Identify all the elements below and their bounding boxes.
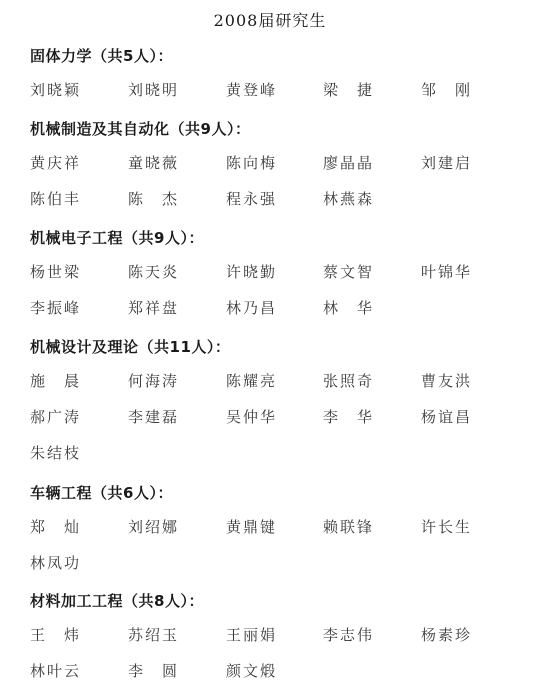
name-row: 郝广涛李建磊吴仲华李 华杨谊昌: [30, 407, 530, 443]
student-name: 林 华: [323, 298, 374, 318]
student-name: 苏绍玉: [128, 625, 179, 645]
name-list: 杨世梁陈天炎许晓勤蔡文智叶锦华李振峰郑祥盘林乃昌林 华: [30, 262, 530, 334]
student-name: 黄登峰: [226, 80, 277, 100]
section-heading: 材料加工工程（共8人）：: [30, 590, 530, 612]
name-row: 郑 灿刘绍娜黄鼎键赖联锋许长生: [30, 517, 530, 553]
student-name: 刘绍娜: [128, 517, 179, 537]
student-name: 许长生: [421, 517, 472, 537]
name-row: 施 晨何海涛陈耀亮张照奇曹友洪: [30, 371, 530, 407]
name-list: 黄庆祥童晓薇陈向梅廖晶晶刘建启陈伯丰陈 杰程永强林燕森: [30, 153, 530, 225]
section: 车辆工程（共6人）：郑 灿刘绍娜黄鼎键赖联锋许长生林凤功: [30, 482, 530, 589]
student-name: 林叶云: [30, 661, 81, 681]
section: 机械制造及其自动化（共9人）：黄庆祥童晓薇陈向梅廖晶晶刘建启陈伯丰陈 杰程永强林…: [30, 118, 530, 225]
student-name: 李 圆: [128, 661, 179, 681]
student-name: 陈耀亮: [226, 371, 277, 391]
student-name: 李志伟: [323, 625, 374, 645]
student-name: 施 晨: [30, 371, 81, 391]
student-name: 颜文煅: [226, 661, 277, 681]
student-name: 郑 灿: [30, 517, 81, 537]
student-name: 张照奇: [323, 371, 374, 391]
student-name: 黄鼎键: [226, 517, 277, 537]
student-name: 王 炜: [30, 625, 81, 645]
section-heading: 车辆工程（共6人）：: [30, 482, 530, 504]
name-list: 刘晓颖刘晓明黄登峰梁 捷邹 刚: [30, 80, 530, 116]
name-row: 李振峰郑祥盘林乃昌林 华: [30, 298, 530, 334]
student-name: 黄庆祥: [30, 153, 81, 173]
name-row: 林叶云李 圆颜文煅: [30, 661, 530, 694]
student-name: 叶锦华: [421, 262, 472, 282]
page-title: 2008届研究生: [0, 8, 540, 31]
name-row: 杨世梁陈天炎许晓勤蔡文智叶锦华: [30, 262, 530, 298]
name-row: 黄庆祥童晓薇陈向梅廖晶晶刘建启: [30, 153, 530, 189]
student-name: 朱结枝: [30, 443, 81, 463]
student-name: 林燕森: [323, 189, 374, 209]
student-name: 刘建启: [421, 153, 472, 173]
student-name: 陈伯丰: [30, 189, 81, 209]
name-row: 林凤功: [30, 553, 530, 589]
section: 固体力学（共5人）：刘晓颖刘晓明黄登峰梁 捷邹 刚: [30, 45, 530, 116]
student-name: 陈 杰: [128, 189, 179, 209]
section: 机械设计及理论（共11人）：施 晨何海涛陈耀亮张照奇曹友洪郝广涛李建磊吴仲华李 …: [30, 336, 530, 479]
student-name: 许晓勤: [226, 262, 277, 282]
student-name: 林乃昌: [226, 298, 277, 318]
student-name: 陈向梅: [226, 153, 277, 173]
section-heading: 机械制造及其自动化（共9人）：: [30, 118, 530, 140]
student-name: 童晓薇: [128, 153, 179, 173]
name-row: 陈伯丰陈 杰程永强林燕森: [30, 189, 530, 225]
student-name: 赖联锋: [323, 517, 374, 537]
student-name: 邹 刚: [421, 80, 472, 100]
student-name: 廖晶晶: [323, 153, 374, 173]
student-name: 刘晓颖: [30, 80, 81, 100]
name-list: 施 晨何海涛陈耀亮张照奇曹友洪郝广涛李建磊吴仲华李 华杨谊昌朱结枝: [30, 371, 530, 479]
section: 机械电子工程（共9人）：杨世梁陈天炎许晓勤蔡文智叶锦华李振峰郑祥盘林乃昌林 华: [30, 227, 530, 334]
student-name: 曹友洪: [421, 371, 472, 391]
name-list: 郑 灿刘绍娜黄鼎键赖联锋许长生林凤功: [30, 517, 530, 589]
student-name: 杨素珍: [421, 625, 472, 645]
student-name: 梁 捷: [323, 80, 374, 100]
student-name: 吴仲华: [226, 407, 277, 427]
student-name: 李振峰: [30, 298, 81, 318]
section-heading: 机械电子工程（共9人）：: [30, 227, 530, 249]
student-name: 李 华: [323, 407, 374, 427]
student-name: 郝广涛: [30, 407, 81, 427]
student-name: 杨谊昌: [421, 407, 472, 427]
student-name: 林凤功: [30, 553, 81, 573]
section: 材料加工工程（共8人）：王 炜苏绍玉王丽娟李志伟杨素珍林叶云李 圆颜文煅: [30, 590, 530, 694]
name-list: 王 炜苏绍玉王丽娟李志伟杨素珍林叶云李 圆颜文煅: [30, 625, 530, 694]
student-name: 郑祥盘: [128, 298, 179, 318]
student-name: 何海涛: [128, 371, 179, 391]
student-name: 刘晓明: [128, 80, 179, 100]
section-heading: 机械设计及理论（共11人）：: [30, 336, 530, 358]
name-row: 刘晓颖刘晓明黄登峰梁 捷邹 刚: [30, 80, 530, 116]
student-name: 陈天炎: [128, 262, 179, 282]
student-name: 李建磊: [128, 407, 179, 427]
student-name: 王丽娟: [226, 625, 277, 645]
student-name: 程永强: [226, 189, 277, 209]
name-row: 朱结枝: [30, 443, 530, 479]
section-heading: 固体力学（共5人）：: [30, 45, 530, 67]
student-name: 杨世梁: [30, 262, 81, 282]
name-row: 王 炜苏绍玉王丽娟李志伟杨素珍: [30, 625, 530, 661]
student-name: 蔡文智: [323, 262, 374, 282]
